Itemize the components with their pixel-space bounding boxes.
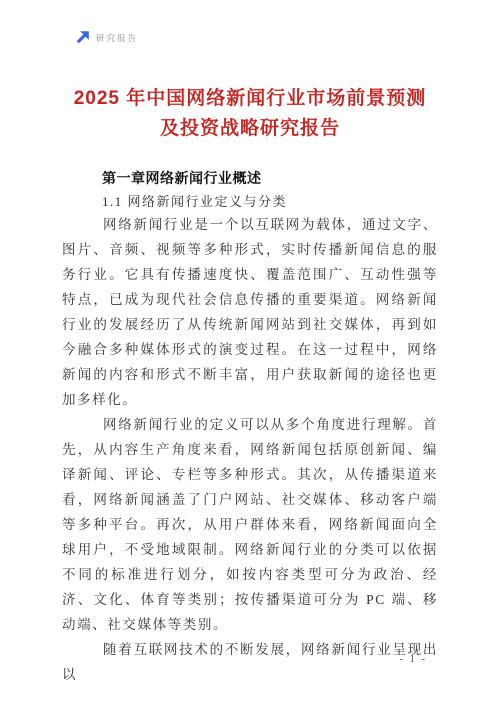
page-number: - 1 - <box>400 654 428 665</box>
page-footer: - 1 - <box>0 654 427 665</box>
section-heading: 1.1 网络新闻行业定义与分类 <box>102 191 287 210</box>
report-logo: 研究报告 <box>74 30 138 46</box>
document-page: 研究报告 2025 年中国网络新闻行业市场前景预测及投资战略研究报告 第一章网络… <box>0 0 500 707</box>
chapter-heading: 第一章网络新闻行业概述 <box>102 168 262 188</box>
document-title: 2025 年中国网络新闻行业市场前景预测及投资战略研究报告 <box>71 84 429 144</box>
document-body: 网络新闻行业是一个以互联网为载体，通过文字、图片、音频、视频等多种形式，实时传播… <box>62 212 438 687</box>
paragraph-1: 网络新闻行业是一个以互联网为载体，通过文字、图片、音频、视频等多种形式，实时传播… <box>62 212 438 412</box>
paragraph-2: 网络新闻行业的定义可以从多个角度进行理解。首先，从内容生产角度来看，网络新闻包括… <box>62 412 438 637</box>
arrow-up-right-icon <box>74 30 90 46</box>
brand-text: 研究报告 <box>96 32 138 44</box>
